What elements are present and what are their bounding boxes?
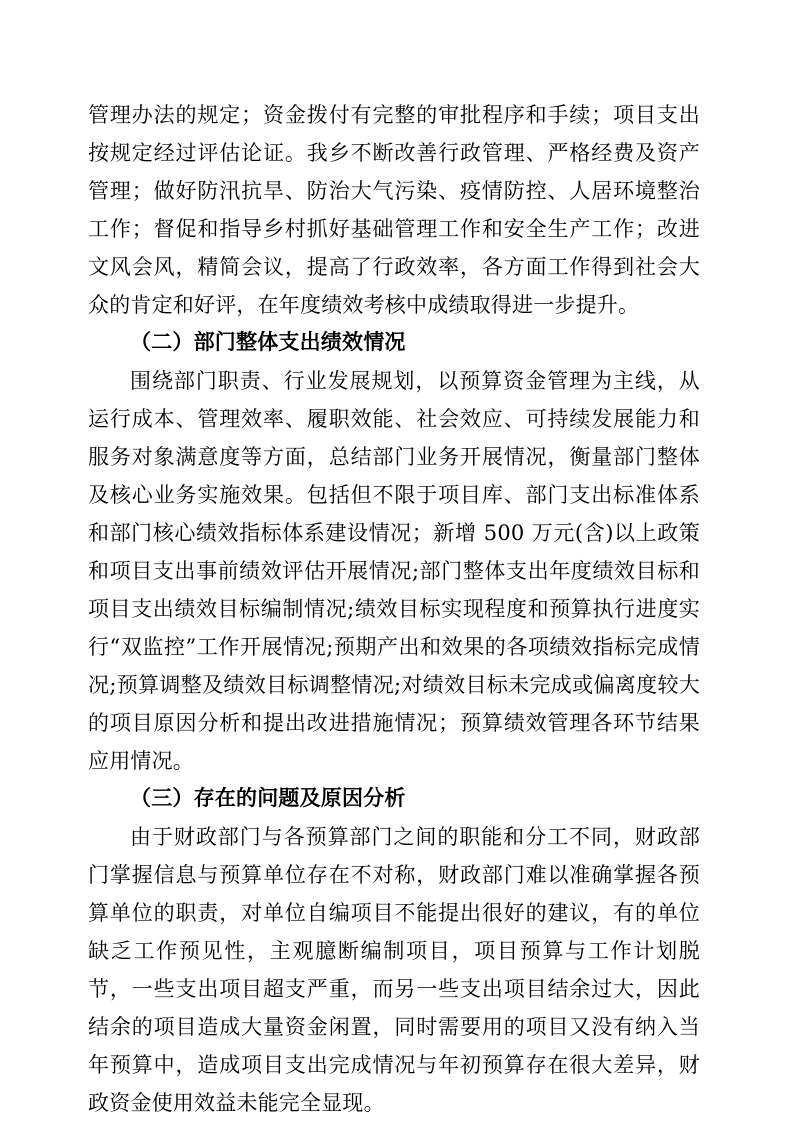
paragraph-section-2: 围绕部门职责、行业发展规划，以预算资金管理为主线，从运行成本、管理效率、履职效能… <box>88 362 700 780</box>
paragraph-section-3: 由于财政部门与各预算部门之间的职能和分工不同，财政部门掌握信息与预算单位存在不对… <box>88 818 700 1122</box>
section-heading-2: （二）部门整体支出绩效情况 <box>88 324 700 362</box>
document-page: 管理办法的规定；资金拨付有完整的审批程序和手续；项目支出按规定经过评估论证。我乡… <box>0 0 793 1122</box>
section-heading-3: （三）存在的问题及原因分析 <box>88 780 700 818</box>
document-body: 管理办法的规定；资金拨付有完整的审批程序和手续；项目支出按规定经过评估论证。我乡… <box>88 96 700 1122</box>
paragraph-continuation: 管理办法的规定；资金拨付有完整的审批程序和手续；项目支出按规定经过评估论证。我乡… <box>88 96 700 324</box>
